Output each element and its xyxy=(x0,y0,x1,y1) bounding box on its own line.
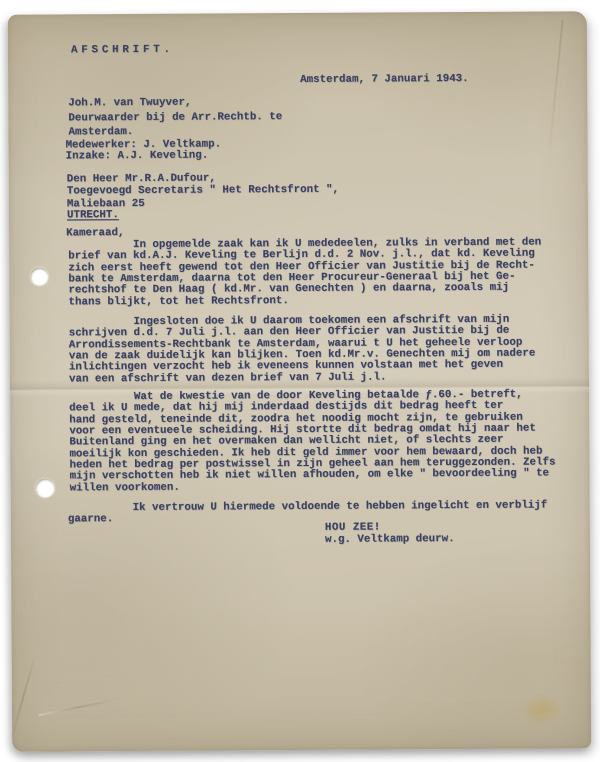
crease-bottom-left-2 xyxy=(39,699,118,717)
closing-block: Ik vertrouw U hiermede voldoende te hebb… xyxy=(68,500,548,526)
crease-top-right xyxy=(547,20,564,169)
signoff: HOU ZEE! xyxy=(325,523,381,535)
photo-background: AFSCHRIFT. Amsterdam, 7 Januari 1943. Jo… xyxy=(0,0,600,762)
salutation: Kameraad, xyxy=(66,228,124,240)
crease-bottom-left-1 xyxy=(9,652,37,744)
recipient-city: UTRECHT. xyxy=(67,210,119,222)
signature: w.g. Veltkamp deurw. xyxy=(325,534,455,546)
copy-heading: AFSCHRIFT. xyxy=(71,45,174,57)
paragraph-1: In opgemelde zaak kan ik U mededeelen, z… xyxy=(68,238,541,309)
dateline: Amsterdam, 7 Januari 1943. xyxy=(300,74,469,86)
sender-block: Joh.M. van Twuyver, Deurwaarder bij de A… xyxy=(68,95,282,140)
paragraph-2: Ingesloten doe ik U daarom toekomen een … xyxy=(69,315,536,386)
stain-bottom-right xyxy=(524,695,560,723)
punch-hole-bottom xyxy=(36,478,55,497)
punch-hole-top xyxy=(30,268,48,286)
paragraph-3: Wat de kwestie van de door Keveling beta… xyxy=(69,389,556,494)
recipient-block: Den Heer Mr.R.A.Dufour, Toegevoegd Secre… xyxy=(67,172,339,211)
reference-block: Medewerker: J. Veltkamp. Inzake: A.J. Ke… xyxy=(66,139,222,163)
letter-page: AFSCHRIFT. Amsterdam, 7 Januari 1943. Jo… xyxy=(8,11,591,752)
